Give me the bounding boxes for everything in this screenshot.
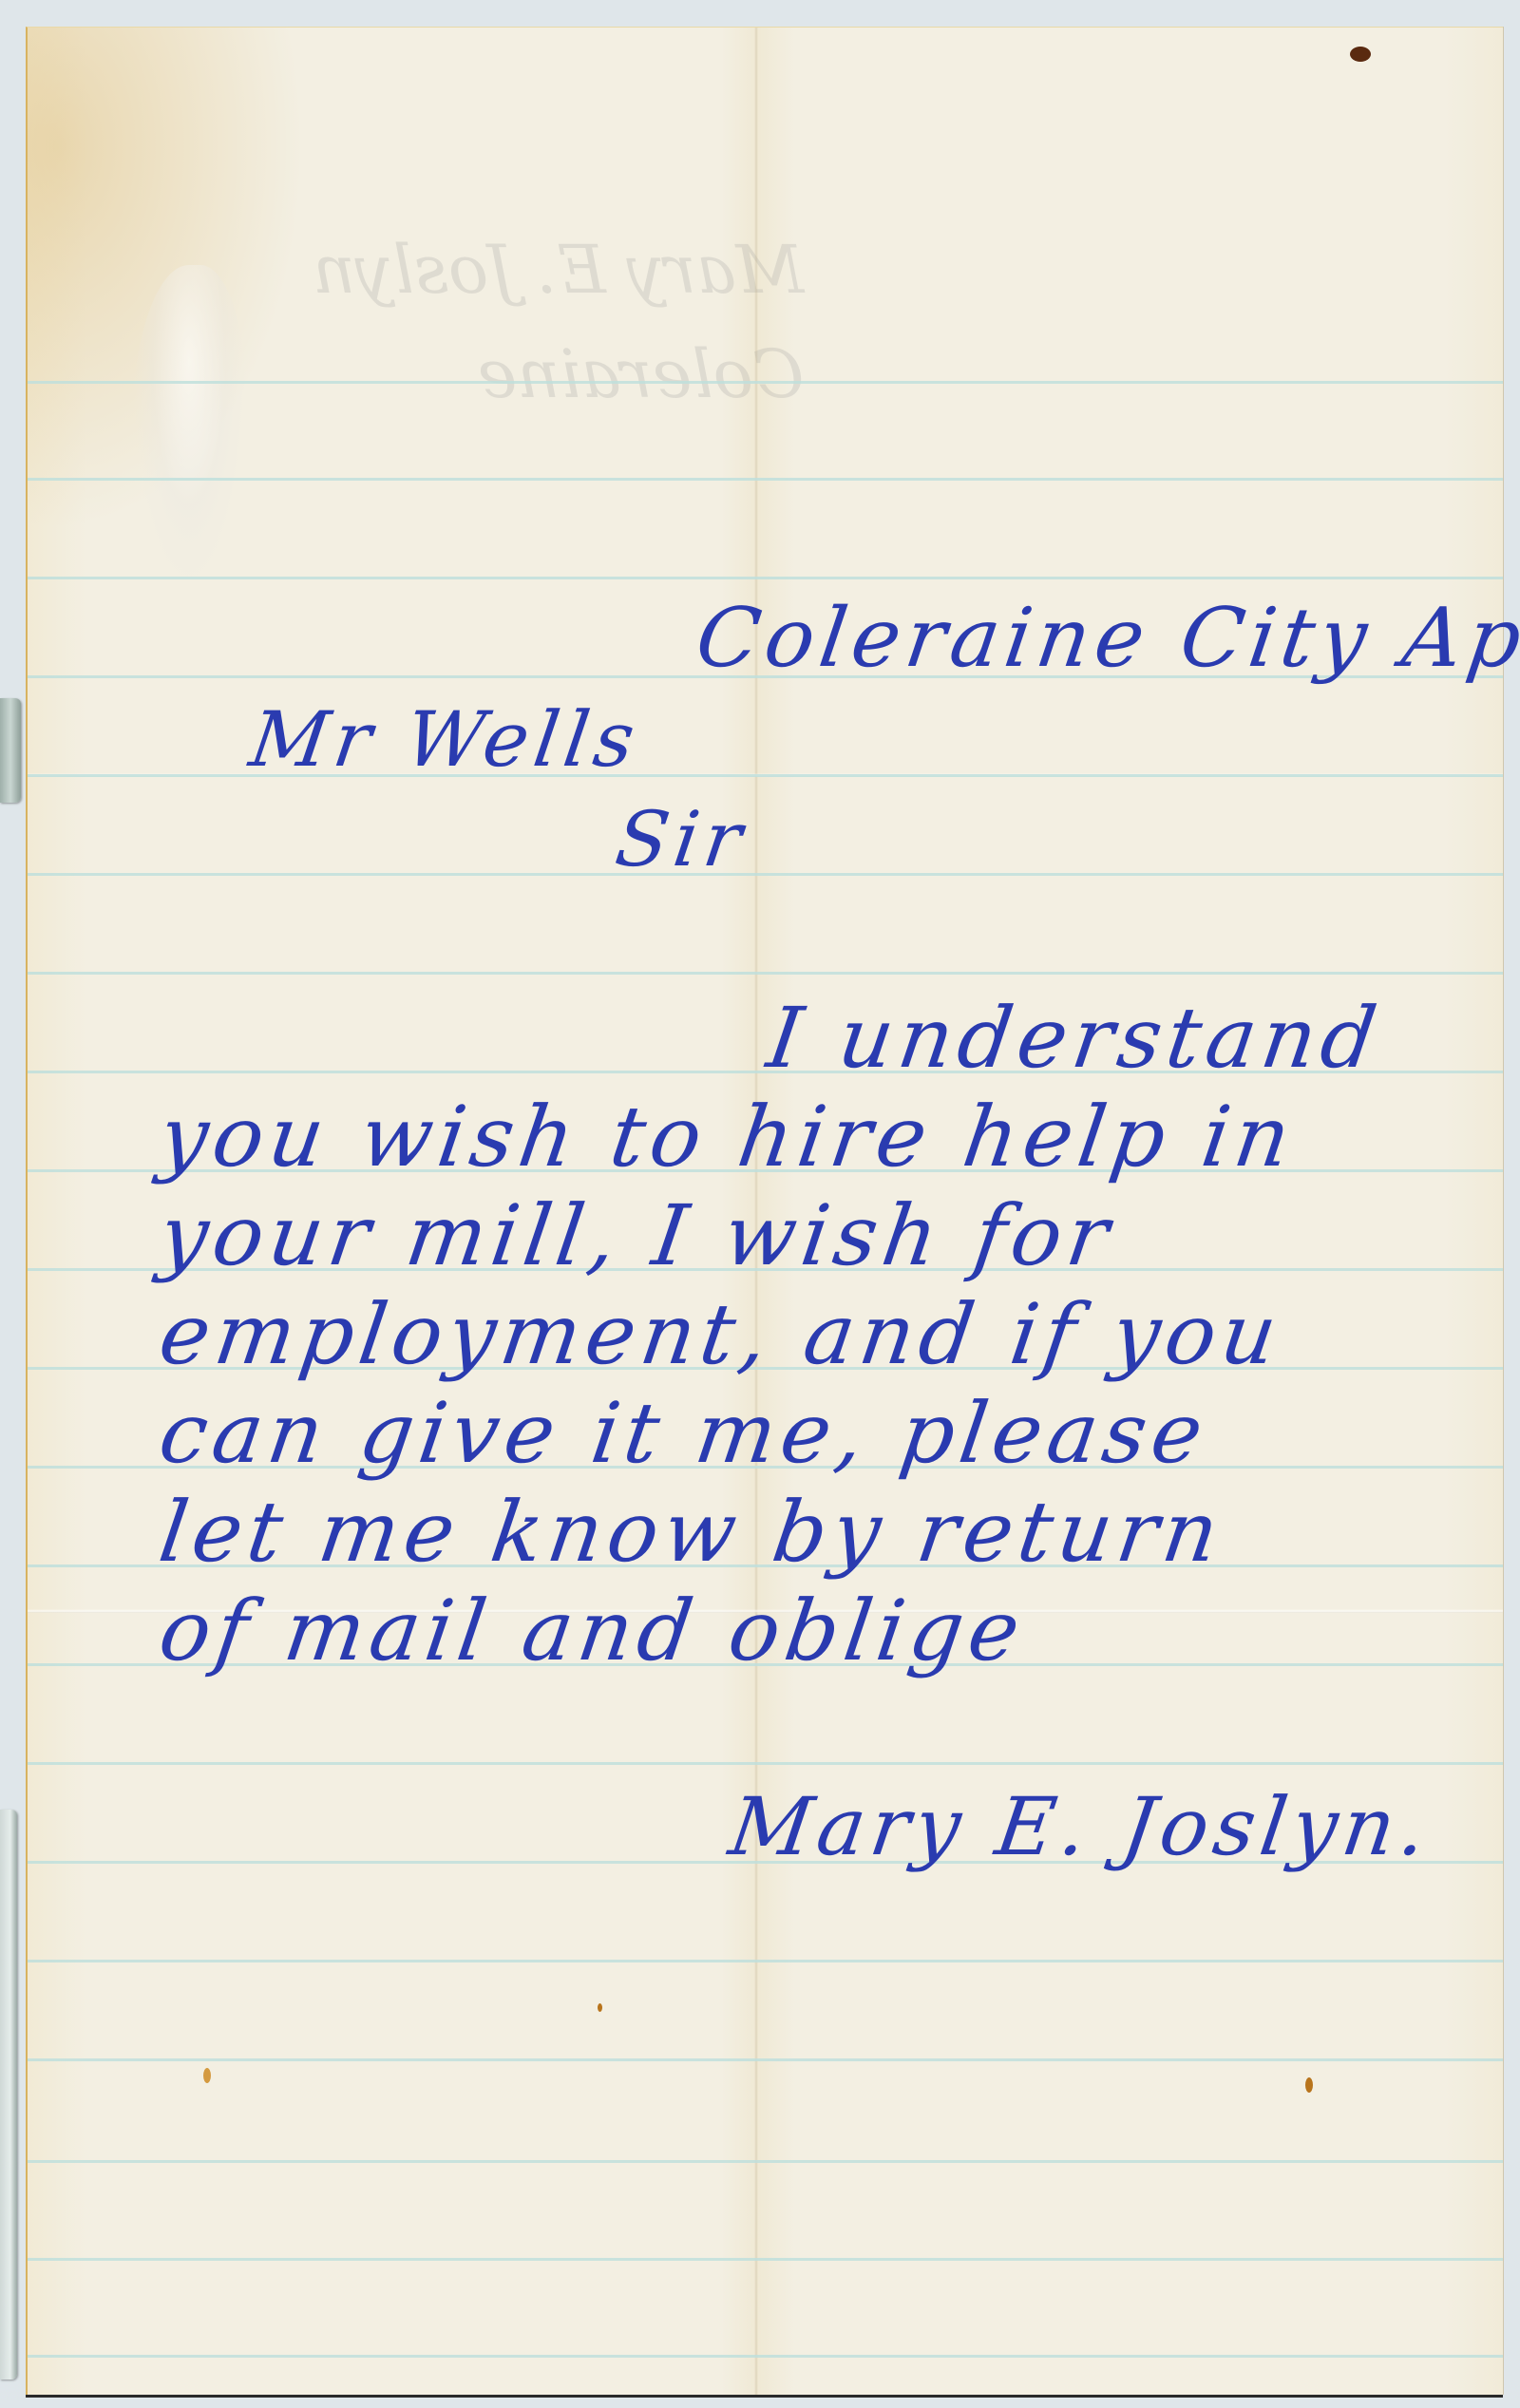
left-binder-clip-bottom xyxy=(0,1810,17,2380)
ruled-line xyxy=(28,2160,1503,2163)
body-line-3: your mill, I wish for xyxy=(155,1194,1119,1278)
letter-sheet: Mary E. Joslyn Coleraine Coleraine City … xyxy=(26,27,1503,2395)
body-line-1: I understand xyxy=(763,996,1387,1080)
rust-spot xyxy=(598,2003,602,2012)
embossed-stamp xyxy=(132,265,246,588)
ruled-line xyxy=(28,873,1503,876)
place-date-line: Coleraine City Apr 18 xyxy=(692,597,1520,679)
salutation: Sir xyxy=(611,802,751,878)
left-binder-clip-top xyxy=(0,698,21,803)
ruled-line xyxy=(28,478,1503,481)
ruled-line xyxy=(28,2058,1503,2061)
ruled-line xyxy=(28,1762,1503,1765)
ruled-line xyxy=(28,577,1503,579)
ruled-line xyxy=(28,381,1503,384)
rust-spot xyxy=(1305,2077,1313,2093)
body-line-7: of mail and oblige xyxy=(155,1589,1031,1673)
rust-spot xyxy=(203,2068,211,2083)
ruled-line xyxy=(28,1960,1503,1962)
rust-spot xyxy=(1350,47,1371,62)
ink-bleedthrough: Mary E. Joslyn Coleraine xyxy=(313,218,804,427)
ruled-line xyxy=(28,972,1503,975)
body-line-5: can give it me, please xyxy=(155,1392,1213,1475)
body-line-4: employment, and if you xyxy=(155,1293,1287,1376)
body-line-2: you wish to hire help in xyxy=(155,1095,1301,1179)
signature: Mary E. Joslyn. xyxy=(725,1787,1436,1867)
body-line-6: let me know by return xyxy=(155,1490,1229,1574)
ruled-line xyxy=(28,2258,1503,2261)
ruled-line xyxy=(28,2355,1503,2358)
salutation-name: Mr Wells xyxy=(245,702,644,778)
